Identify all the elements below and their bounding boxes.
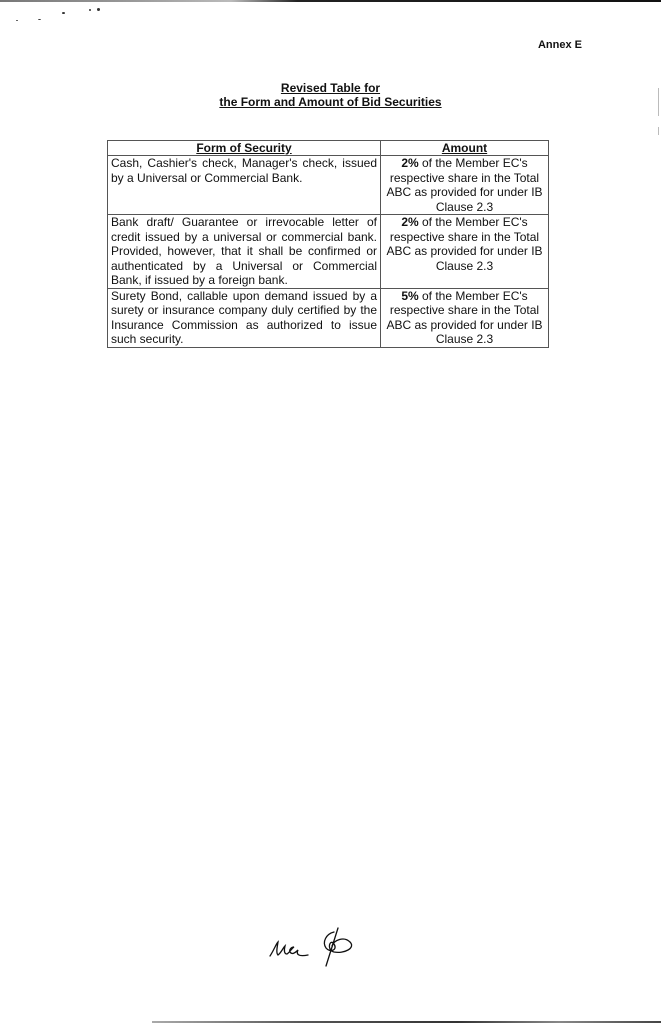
form-cell: Bank draft/ Guarantee or irrevocable let…	[108, 215, 381, 289]
scan-top-edge	[0, 0, 661, 2]
amount-percent: 5%	[401, 289, 418, 303]
amount-cell: 2% of the Member EC's respective share i…	[381, 215, 549, 289]
title-line-1: Revised Table for	[0, 81, 661, 95]
column-header-form: Form of Security	[108, 141, 381, 156]
title-line-2: the Form and Amount of Bid Securities	[0, 95, 661, 109]
table-row: Cash, Cashier's check, Manager's check, …	[108, 156, 549, 215]
table-row: Bank draft/ Guarantee or irrevocable let…	[108, 215, 549, 289]
form-cell: Cash, Cashier's check, Manager's check, …	[108, 156, 381, 215]
column-header-amount: Amount	[381, 141, 549, 156]
amount-cell: 5% of the Member EC's respective share i…	[381, 288, 549, 347]
table-header-row: Form of Security Amount	[108, 141, 549, 156]
margin-mark	[658, 127, 659, 135]
amount-cell: 2% of the Member EC's respective share i…	[381, 156, 549, 215]
scan-bottom-edge	[152, 1021, 661, 1023]
annex-label: Annex E	[538, 39, 582, 51]
amount-percent: 2%	[401, 156, 418, 170]
amount-percent: 2%	[401, 215, 418, 229]
handwritten-initials-icon	[268, 920, 378, 970]
bid-securities-table: Form of Security Amount Cash, Cashier's …	[107, 140, 549, 348]
form-cell: Surety Bond, callable upon demand issued…	[108, 288, 381, 347]
document-title: Revised Table for the Form and Amount of…	[0, 81, 661, 109]
table-row: Surety Bond, callable upon demand issued…	[108, 288, 549, 347]
signature-area	[268, 920, 378, 975]
